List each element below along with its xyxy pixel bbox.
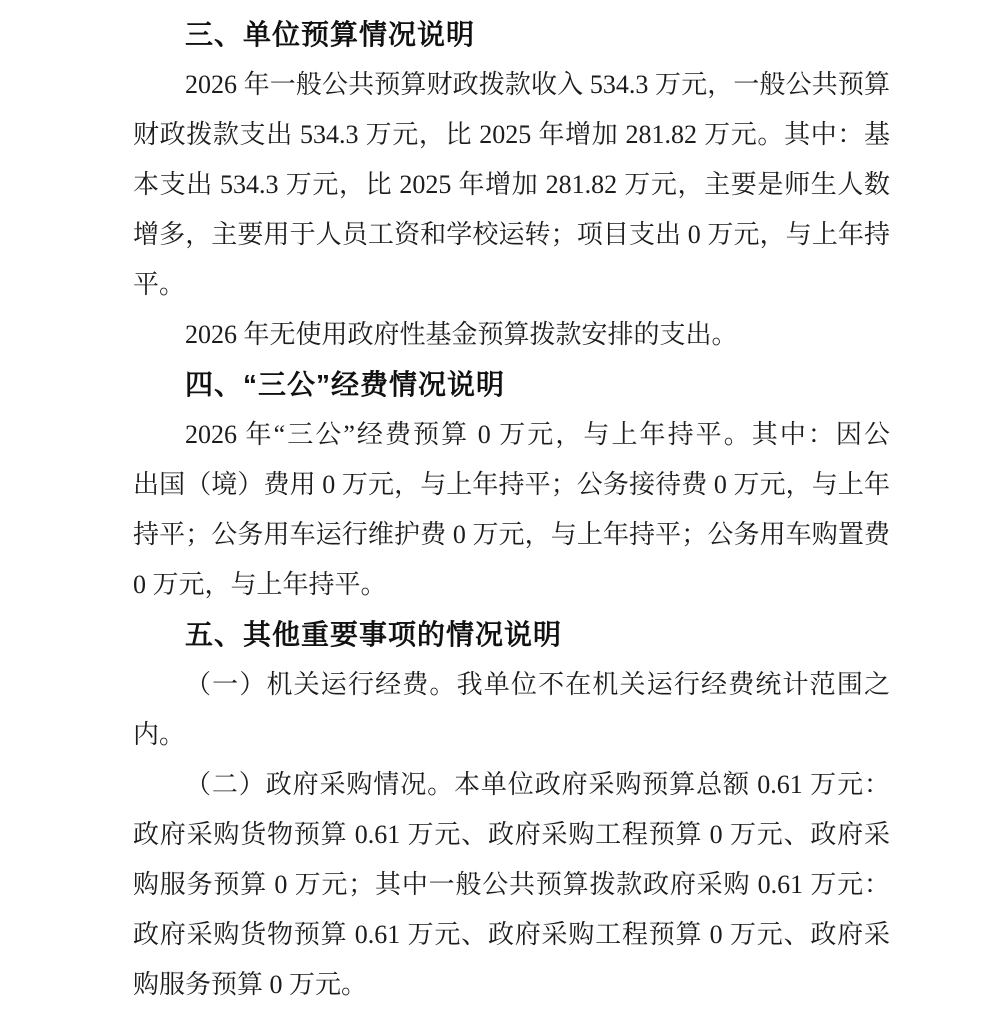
text-line: 平。	[133, 260, 890, 310]
paragraph-three-public-expenses: 2026 年“三公”经费预算 0 万元，与上年持平。其中：因公 出国（境）费用 …	[133, 410, 890, 610]
text-line: 政府采购货物预算 0.61 万元、政府采购工程预算 0 万元、政府采	[133, 810, 890, 860]
text-line: （一）机关运行经费。我单位不在机关运行经费统计范围之	[133, 660, 890, 710]
section-heading-budget-explanation: 三、单位预算情况说明	[133, 10, 890, 60]
section-heading-three-public-expenses: 四、“三公”经费情况说明	[133, 360, 890, 410]
text-line: 内。	[133, 710, 890, 760]
text-line: 2026 年“三公”经费预算 0 万元，与上年持平。其中：因公	[133, 410, 890, 460]
text-line: （二）政府采购情况。本单位政府采购预算总额 0.61 万元：	[133, 760, 890, 810]
text-line: 2026 年无使用政府性基金预算拨款安排的支出。	[133, 310, 890, 360]
text-line: 出国（境）费用 0 万元，与上年持平；公务接待费 0 万元，与上年	[133, 460, 890, 510]
text-line: 财政拨款支出 534.3 万元，比 2025 年增加 281.82 万元。其中：…	[133, 110, 890, 160]
text-line: 增多，主要用于人员工资和学校运转；项目支出 0 万元，与上年持	[133, 210, 890, 260]
paragraph-agency-operating-cost: （一）机关运行经费。我单位不在机关运行经费统计范围之 内。	[133, 660, 890, 760]
paragraph-government-fund: 2026 年无使用政府性基金预算拨款安排的支出。	[133, 310, 890, 360]
text-line: 购服务预算 0 万元。	[133, 960, 890, 1009]
text-line: 政府采购货物预算 0.61 万元、政府采购工程预算 0 万元、政府采	[133, 910, 890, 960]
paragraph-budget-overview: 2026 年一般公共预算财政拨款收入 534.3 万元，一般公共预算 财政拨款支…	[133, 60, 890, 310]
paragraph-government-procurement: （二）政府采购情况。本单位政府采购预算总额 0.61 万元： 政府采购货物预算 …	[133, 760, 890, 1009]
text-line: 购服务预算 0 万元；其中一般公共预算拨款政府采购 0.61 万元：	[133, 860, 890, 910]
text-line: 持平；公务用车运行维护费 0 万元，与上年持平；公务用车购置费	[133, 510, 890, 560]
text-line: 0 万元，与上年持平。	[133, 560, 890, 610]
section-heading-other-important-matters: 五、其他重要事项的情况说明	[133, 610, 890, 660]
text-line: 本支出 534.3 万元，比 2025 年增加 281.82 万元，主要是师生人…	[133, 160, 890, 210]
text-line: 2026 年一般公共预算财政拨款收入 534.3 万元，一般公共预算	[133, 60, 890, 110]
document-page: 三、单位预算情况说明 2026 年一般公共预算财政拨款收入 534.3 万元，一…	[0, 0, 1000, 1009]
